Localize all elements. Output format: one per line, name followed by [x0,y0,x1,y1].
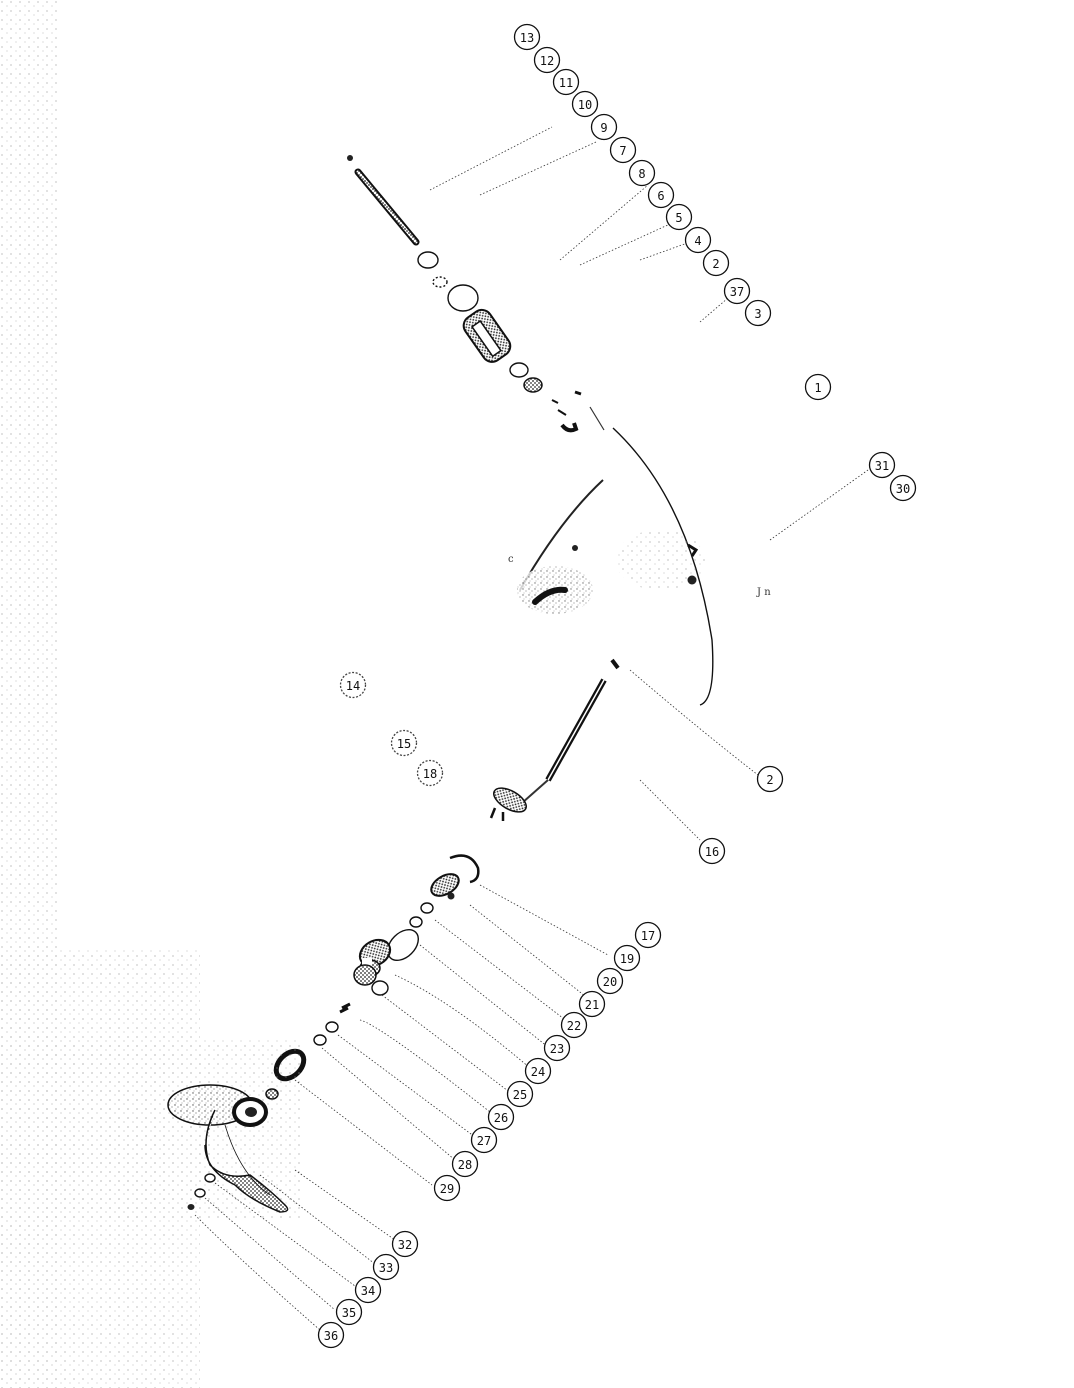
callout-6: 6 [649,183,674,208]
callout-35: 35 [337,1300,362,1325]
callout-number: 30 [896,482,910,496]
callout-number: 31 [875,459,889,473]
callout-19: 19 [615,946,640,971]
callout-23: 23 [545,1036,570,1061]
callout-number: 18 [423,767,437,781]
callout-24: 24 [526,1059,551,1084]
callout-25: 25 [508,1082,533,1107]
gear-part [524,378,542,392]
callout-37: 37 [725,279,750,304]
callout-number: 2 [712,257,719,271]
callout-number: 33 [379,1261,393,1275]
callout-20: 20 [598,969,623,994]
callout-9: 9 [592,115,617,140]
callout-26: 26 [489,1105,514,1130]
callout-number: 15 [397,737,411,751]
callout-12: 12 [535,48,560,73]
callout-14: 14 [341,673,366,698]
callout-3: 3 [746,301,771,326]
svg-text:c: c [508,554,514,565]
callout-number: 29 [440,1182,454,1196]
callout-number: 14 [346,679,360,693]
callout-7: 7 [611,138,636,163]
retaining-ring-part [418,252,438,268]
callout-number: 24 [531,1065,545,1079]
callout-number: 19 [620,952,634,966]
callout-17: 17 [636,923,661,948]
callout-number: 8 [638,167,645,181]
callout-number: 36 [324,1329,338,1343]
callout-2: 2 [758,767,783,792]
callout-number: 4 [694,234,701,248]
gearcase-housing-part: c J n [508,428,771,705]
callout-34: 34 [356,1278,381,1303]
callout-number: 13 [520,31,534,45]
callout-number: 28 [458,1158,472,1172]
svg-text:J n: J n [756,587,771,598]
callout-number: 35 [342,1306,356,1320]
callout-16: 16 [700,839,725,864]
callout-15: 15 [392,731,417,756]
callout-labels: 1312111097865423731313014151821617192021… [319,25,916,1348]
callout-number: 26 [494,1111,508,1125]
propeller-shaft-carrier-part [354,935,395,995]
callout-36: 36 [319,1323,344,1348]
callout-number: 7 [619,144,626,158]
callout-number: 32 [398,1238,412,1252]
callout-21: 21 [580,992,605,1017]
drive-shaft-part [522,660,618,803]
callout-number: 3 [754,307,761,321]
callout-5: 5 [667,205,692,230]
callout-27: 27 [472,1128,497,1153]
callout-number: 12 [540,54,554,68]
callout-2: 2 [704,251,729,276]
exploded-parts-diagram: c J n [0,0,1074,1388]
callout-32: 32 [393,1232,418,1257]
callout-number: 37 [730,285,744,299]
callout-number: 25 [513,1088,527,1102]
bushing-part [460,306,514,366]
callout-number: 9 [600,121,607,135]
callout-number: 10 [578,98,592,112]
callout-number: 22 [567,1019,581,1033]
pinion-gear-part [490,783,530,821]
callout-number: 20 [603,975,617,989]
callout-22: 22 [562,1013,587,1038]
propeller-part [40,1040,300,1220]
callout-number: 34 [361,1284,375,1298]
callout-10: 10 [573,92,598,117]
callout-number: 6 [657,189,664,203]
callout-number: 11 [559,76,573,90]
callout-1: 1 [806,375,831,400]
callout-number: 1 [814,381,821,395]
diagram-artwork: c J n [0,0,1074,1388]
callout-33: 33 [374,1255,399,1280]
upper-parts-stack [347,155,604,430]
callout-number: 17 [641,929,655,943]
o-ring-part [448,285,478,311]
callout-18: 18 [418,761,443,786]
callout-29: 29 [435,1176,460,1201]
forward-gear-part [428,870,463,901]
callout-number: 5 [675,211,682,225]
callout-4: 4 [686,228,711,253]
callout-number: 27 [477,1134,491,1148]
callout-28: 28 [453,1152,478,1177]
callout-30: 30 [891,476,916,501]
callout-number: 2 [766,773,773,787]
pin-part [347,155,353,161]
callout-13: 13 [515,25,540,50]
callout-number: 23 [550,1042,564,1056]
callout-11: 11 [554,70,579,95]
callout-8: 8 [630,161,655,186]
shift-rod-part [358,172,416,242]
callout-number: 21 [585,998,599,1012]
callout-31: 31 [870,453,895,478]
callout-number: 16 [705,845,719,859]
